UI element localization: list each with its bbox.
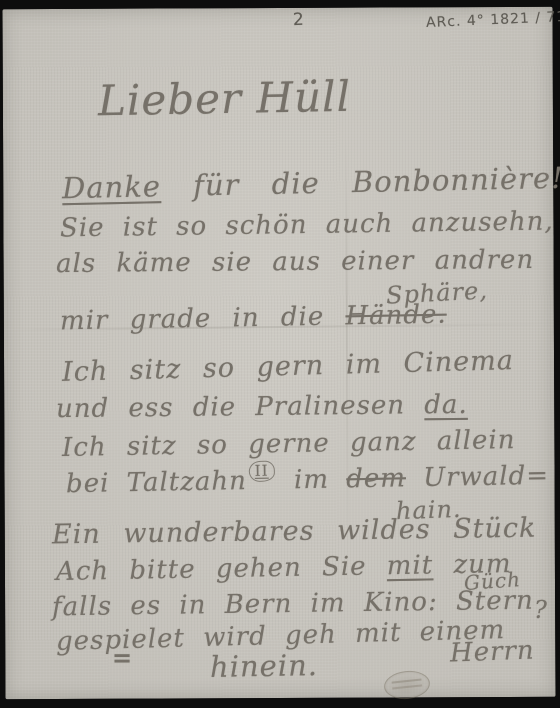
letter-line-2: Sie ist so schön auch anzusehn, (60, 207, 554, 244)
letter-line-1: Danke für die Bonbonnière! (62, 161, 560, 206)
letter-line-6: und ess die Pralinesen da. (56, 390, 468, 424)
struck-word-haende: Hände. (345, 300, 447, 332)
line-8-post: Urwald= (423, 461, 549, 493)
letter-line-7: Ich sitz so gerne ganz allein (62, 425, 516, 463)
closing-word-hinein: hinein. (210, 648, 319, 684)
circled-superscript-ii: II (249, 461, 275, 482)
margin-question-mark: ? (534, 596, 548, 624)
line-8-pre: bei Taltzahn (66, 466, 247, 499)
double-underline-mark: = (112, 643, 133, 672)
line-1-rest: für die Bonbonnière! (193, 161, 560, 203)
line-4-pre: mir grade in die (60, 302, 325, 337)
underlined-word-danke: Danke (62, 169, 162, 205)
page-number: 2 (293, 10, 305, 30)
archive-reference: ARc. 4° 1821 / 71 (426, 9, 560, 31)
line-6-pre: und ess die Pralinesen (56, 391, 405, 425)
scanned-letter-photo: 2 ARc. 4° 1821 / 71 Lieber Hüll Danke fü… (0, 0, 560, 708)
salutation-line: Lieber Hüll (98, 72, 352, 125)
word-herrn: Herrn (450, 636, 536, 669)
letter-line-10: Ach bitte gehen Sie mit zum (56, 549, 512, 587)
library-stamp-icon (383, 669, 432, 702)
struck-word-dem: dem (346, 463, 406, 494)
handwriting-layer: 2 ARc. 4° 1821 / 71 Lieber Hüll Danke fü… (0, 0, 560, 708)
letter-line-4: mir grade in die Hände. (60, 300, 447, 337)
letter-line-8: bei TaltzahnII im dem Urwald= (66, 461, 550, 499)
line-8-mid: im (294, 465, 330, 496)
line-10-pre: Ach bitte gehen Sie (56, 552, 367, 587)
letter-line-5: Ich sitz so gern im Cinema (62, 345, 515, 388)
underlined-word-mit: mit (387, 550, 434, 581)
letter-line-3: als käme sie aus einer andren (56, 245, 534, 279)
letter-line-9: Ein wunderbares wildes Stück (52, 513, 537, 551)
underlined-word-da: da. (424, 390, 468, 420)
